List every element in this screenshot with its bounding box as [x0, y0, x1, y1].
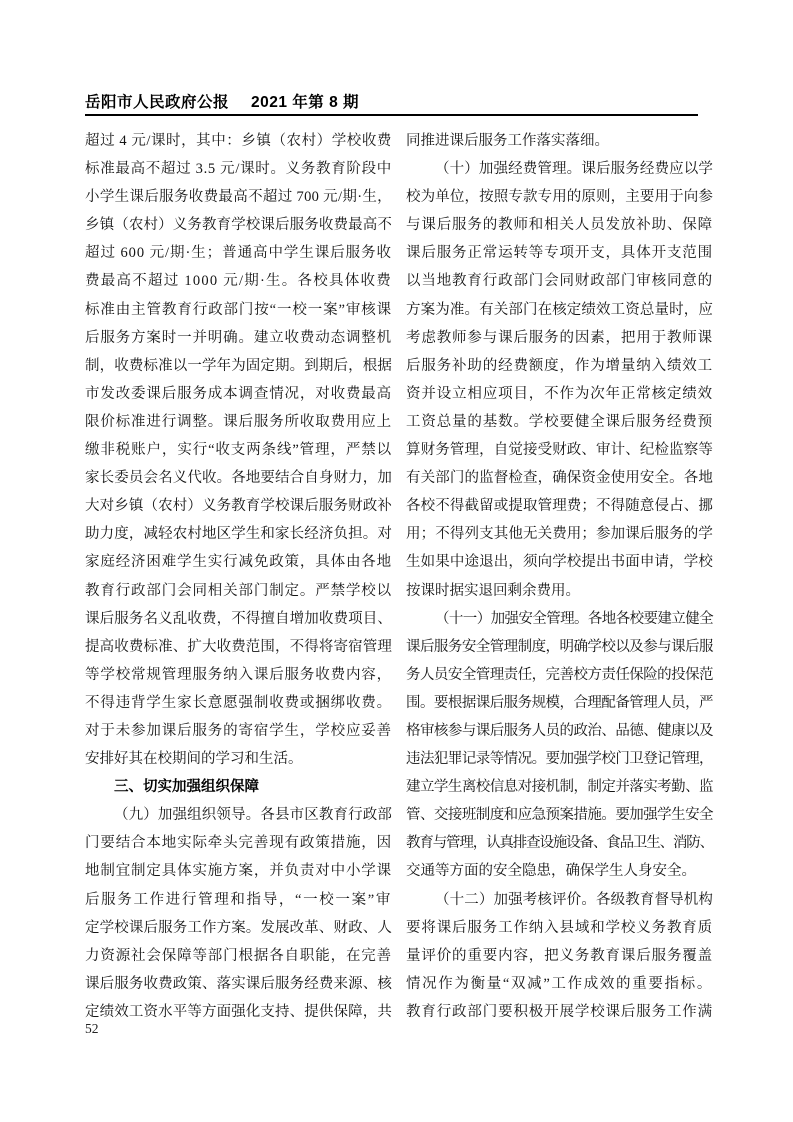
text-line: 违法犯罪记录等情况。要加强学校门卫登记管理， — [406, 745, 713, 773]
text-line: 有关部门的监督检查，确保资金使用安全。各地 — [406, 464, 713, 492]
text-line: 围。要根据课后服务规模，合理配备管理人员，严 — [406, 689, 713, 717]
text-line: 小学生课后服务收费最高不超过 700 元/期·生， — [85, 183, 392, 211]
text-line: 对于未参加课后服务的寄宿学生，学校应妥善 — [85, 717, 392, 745]
text-line: 课后服务名义乱收费，不得擅自增加收费项目、 — [85, 605, 392, 633]
text-line: 教育行政部门会同相关部门制定。严禁学校以 — [85, 577, 392, 605]
text-line: 家长委员会名义代收。各地要结合自身财力，加 — [85, 464, 392, 492]
text-line: 三、切实加强组织保障 — [85, 773, 392, 801]
text-line: 同推进课后服务工作落实落细。 — [406, 127, 713, 155]
text-line: 限价标准进行调整。课后服务所收取费用应上 — [85, 408, 392, 436]
text-line: 格审核参与课后服务人员的政治、品德、健康以及 — [406, 717, 713, 745]
text-line: 与课后服务的教师和相关人员发放补助、保障 — [406, 211, 713, 239]
text-line: （十一）加强安全管理。各地各校要建立健全 — [406, 605, 713, 633]
text-line: 资并设立相应项目，不作为次年正常核定绩效 — [406, 380, 713, 408]
page-footer: 52 — [85, 1021, 99, 1037]
text-line: 门要结合本地实际牵头完善现有政策措施，因 — [85, 829, 392, 857]
text-line: 工资总量的基数。学校要健全课后服务经费预 — [406, 408, 713, 436]
text-line: 后服务补助的经费额度，作为增量纳入绩效工 — [406, 352, 713, 380]
text-line: 建立学生离校信息对接机制，制定并落实考勤、监 — [406, 773, 713, 801]
text-line: 市发改委课后服务成本调查情况，对收费最高 — [85, 380, 392, 408]
text-line: 地制宜制定具体实施方案，并负责对中小学课 — [85, 857, 392, 885]
text-line: （十二）加强考核评价。各级教育督导机构 — [406, 886, 713, 914]
text-line: （十）加强经费管理。课后服务经费应以学 — [406, 155, 713, 183]
text-line: 按课时据实退回剩余费用。 — [406, 577, 713, 605]
header-rule — [85, 114, 698, 116]
text-line: 后服务工作进行管理和指导，“一校一案”审 — [85, 886, 392, 914]
right-column: 同推进课后服务工作落实落细。（十）加强经费管理。课后服务经费应以学校为单位，按照… — [406, 127, 713, 1026]
text-line: 教育行政部门要积极开展学校课后服务工作满 — [406, 998, 713, 1026]
text-line: 用；不得列支其他无关费用；参加课后服务的学 — [406, 520, 713, 548]
text-line: 定学校课后服务工作方案。发展改革、财政、人 — [85, 914, 392, 942]
text-line: 费最高不超过 1000 元/期·生。各校具体收费 — [85, 267, 392, 295]
text-line: 要将课后服务工作纳入县域和学校义务教育质 — [406, 914, 713, 942]
text-line: 制，收费标准以一学年为固定期。到期后，根据 — [85, 352, 392, 380]
text-line: （九）加强组织领导。各县市区教育行政部 — [85, 801, 392, 829]
text-line: 家庭经济困难学生实行减免政策，具体由各地 — [85, 548, 392, 576]
text-line: 方案为准。有关部门在核定绩效工资总量时，应 — [406, 296, 713, 324]
text-line: 教育与管理，认真排查设施设备、食品卫生、消防、 — [406, 829, 713, 857]
text-line: 课后服务正常运转等专项开支，具体开支范围 — [406, 239, 713, 267]
text-line: 助力度，减轻农村地区学生和家长经济负担。对 — [85, 520, 392, 548]
document-page: 岳阳市人民政府公报2021 年第 8 期 超过 4 元/课时，其中：乡镇（农村）… — [0, 0, 793, 1122]
text-line: 大对乡镇（农村）义务教育学校课后服务财政补 — [85, 492, 392, 520]
text-line: 缴非税账户，实行“收支两条线”管理，严禁以 — [85, 436, 392, 464]
text-line: 不得违背学生家长意愿强制收费或捆绑收费。 — [85, 689, 392, 717]
header-text: 岳阳市人民政府公报2021 年第 8 期 — [85, 90, 698, 112]
text-line: 生如果中途退出，须向学校提出书面申请，学校 — [406, 548, 713, 576]
text-line: 各校不得截留或提取管理费；不得随意侵占、挪 — [406, 492, 713, 520]
text-line: 力资源社会保障等部门根据各自职能，在完善 — [85, 942, 392, 970]
text-line: 安排好其在校期间的学习和生活。 — [85, 745, 392, 773]
text-line: 提高收费标准、扩大收费范围，不得将寄宿管理 — [85, 633, 392, 661]
gazette-title: 岳阳市人民政府公报 — [85, 94, 229, 111]
text-line: 情况作为衡量“双减”工作成效的重要指标。 — [406, 970, 713, 998]
text-line: 课后服务安全管理制度，明确学校以及参与课后服 — [406, 633, 713, 661]
text-line: 量评价的重要内容，把义务教育课后服务覆盖 — [406, 942, 713, 970]
text-line: 交通等方面的安全隐患，确保学生人身安全。 — [406, 857, 713, 885]
text-line: 算财务管理，自觉接受财政、审计、纪检监察等 — [406, 436, 713, 464]
text-line: 考虑教师参与课后服务的因素，把用于教师课 — [406, 324, 713, 352]
text-line: 以当地教育行政部门会同财政部门审核同意的 — [406, 267, 713, 295]
text-line: 校为单位，按照专款专用的原则，主要用于向参 — [406, 183, 713, 211]
text-line: 标准由主管教育行政部门按“一校一案”审核课 — [85, 296, 392, 324]
text-line: 等学校常规管理服务纳入课后服务收费内容， — [85, 661, 392, 689]
left-column: 超过 4 元/课时，其中：乡镇（农村）学校收费标准最高不超过 3.5 元/课时。… — [85, 127, 392, 1026]
text-line: 后服务方案时一并明确。建立收费动态调整机 — [85, 324, 392, 352]
text-line: 乡镇（农村）义务教育学校课后服务收费最高不 — [85, 211, 392, 239]
text-line: 管、交接班制度和应急预案措施。要加强学生安全 — [406, 801, 713, 829]
page-header: 岳阳市人民政府公报2021 年第 8 期 — [85, 90, 698, 112]
text-line: 定绩效工资水平等方面强化支持、提供保障，共 — [85, 998, 392, 1026]
issue-number: 2021 年第 8 期 — [251, 94, 359, 111]
page-number: 52 — [85, 1021, 99, 1036]
text-line: 课后服务收费政策、落实课后服务经费来源、核 — [85, 970, 392, 998]
text-line: 务人员安全管理责任，完善校方责任保险的投保范 — [406, 661, 713, 689]
text-line: 标准最高不超过 3.5 元/课时。义务教育阶段中 — [85, 155, 392, 183]
text-line: 超过 600 元/期·生；普通高中学生课后服务收 — [85, 239, 392, 267]
document-body: 超过 4 元/课时，其中：乡镇（农村）学校收费标准最高不超过 3.5 元/课时。… — [85, 127, 713, 1026]
text-line: 超过 4 元/课时，其中：乡镇（农村）学校收费 — [85, 127, 392, 155]
